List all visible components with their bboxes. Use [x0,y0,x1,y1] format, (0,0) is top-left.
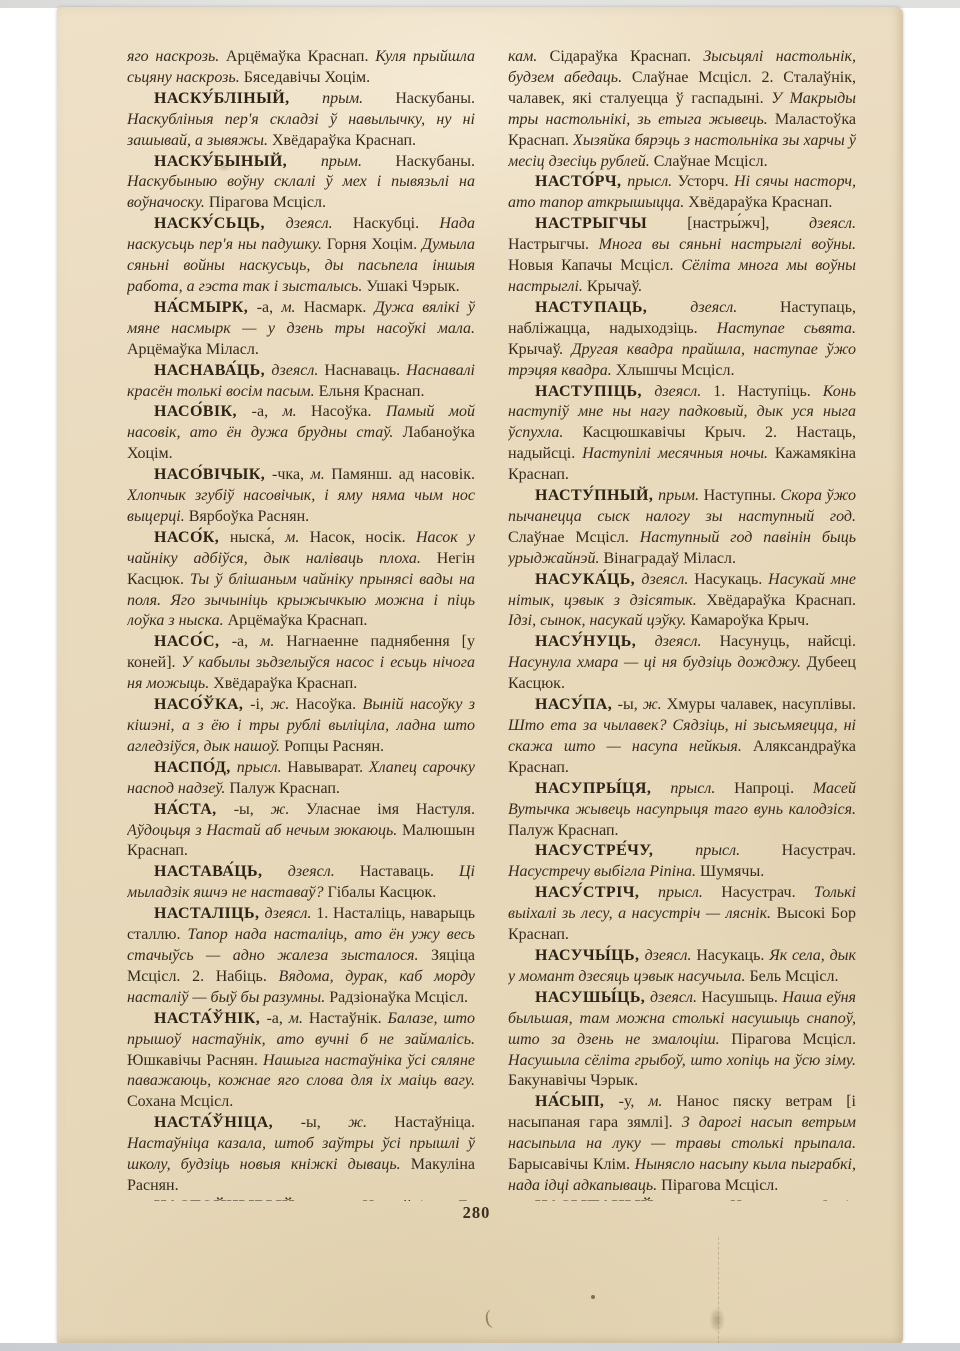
entry-italic-text: м. [289,1010,309,1027]
entry-text: Насоўка. [296,696,363,713]
dictionary-entry: НА́СМЫРК, -а, м. Насмарк. Дужа вялікі ў … [127,298,475,361]
entry-text: Юшкавічы Раснян. [127,1052,263,1069]
entry-italic-text: прым. [321,153,395,170]
dictionary-entry: НАСО́ВІЧЫК, -чка, м. Памянш. ад насовік.… [127,465,475,528]
dictionary-entry: НАСУЧЫ́ЦЬ, дзеясл. Насукаць. Як села, ды… [508,946,856,988]
entry-italic-text: дзеясл. [654,383,713,400]
headword: НАСТАЛІЦЬ, [154,905,265,922]
scan-edge-bottom [0,1343,960,1351]
headword: НАСТУ́ПНЫЙ, [535,487,658,504]
entry-text: -ы, [301,1114,348,1131]
entry-text: -а, [252,403,283,420]
headword: НАСПО́Д, [154,759,237,776]
entry-text: Бакунавічы Чэрык. [508,1072,638,1089]
entry-text: Арцёмаўка Краснап. [226,48,375,65]
entry-text: Насушыць. [701,989,782,1006]
entry-italic-text: дзеясл. [690,299,780,316]
entry-italic-text: дзеясл. [265,905,317,922]
dictionary-entry: НА́СЫП, -у, м. Нанос пяску ветрам [і нас… [508,1092,856,1197]
entry-text: -у, [619,1093,649,1110]
headword: НАСО́С, [154,633,232,650]
entry-text: Наставаць. [360,863,459,880]
dictionary-entry: НАСУПРЫ́ЦЯ, прысл. Напроці. Масей Вутычк… [508,779,856,842]
entry-italic-text: ж. [270,801,306,818]
entry-italic-text: Насушыла сёліта грыбоў, што хопіць на ўс… [508,1052,856,1069]
entry-text: Хвёдараўка Краснап. [213,675,357,692]
headword: НАСЫПАНЫЙ, [535,1198,674,1201]
entry-italic-text: дзеясл. [288,863,360,880]
headword: НАСУ́ПА, [535,696,618,713]
entry-italic-text: м. [260,633,286,650]
entry-text: ныска́, [230,529,285,546]
entry-text: Наступны. [704,487,781,504]
entry-italic-text: дзеясл. [645,947,697,964]
entry-text: Хвёдараўка Краснап. [272,132,416,149]
entry-italic-text: ж. [348,1114,394,1131]
entry-text: Насунуць, найсці. [720,633,856,650]
entry-italic-text: м. [282,403,311,420]
entry-italic-text: Аўдоцьця з Настай аб нечым зюкаюць. [127,822,402,839]
dictionary-entry: НАСТАЛІЦЬ, дзеясл. 1. Насталіць, наварыц… [127,904,475,1009]
headword: НАСТАВА́ЦЬ, [154,863,288,880]
entry-text: Крычаў. [587,278,642,295]
entry-text: Насоўка. [311,403,386,420]
dictionary-entry: НАСКУ́БЫНЫЙ, прым. Наскубаны. Наскубыныю… [127,152,475,215]
entry-text: -ы, [234,801,271,818]
entry-text: Пірагова Мсцісл. [661,1177,778,1194]
entry-text: Насустрач. [721,884,814,901]
text-column-right: кам. Сідараўка Краснап. Зысьцялі настоль… [508,47,856,1201]
entry-italic-text: яго наскрозь. [127,48,226,65]
entry-text: Настаўніца. [394,1114,475,1131]
dictionary-entry: НАСТА́ЎНІЦА, -ы, ж. Настаўніца. Настаўні… [127,1113,475,1197]
ink-smudge [709,1307,725,1333]
entry-italic-text: прысл. [237,759,288,776]
entry-italic-text: Наступае сьвята. [717,320,856,337]
headword: НА́СМЫРК, [154,299,257,316]
entry-italic-text: ж. [270,696,295,713]
entry-text: Насукаць. [696,947,769,964]
entry-italic-text: прым. [311,1198,363,1201]
entry-text: -а, [257,299,282,316]
entry-text: Крычаў. [508,341,572,358]
headword: НАСНАВА́ЦЬ, [154,362,271,379]
entry-text: Насыпаны. [730,1198,821,1201]
dictionary-entry: НАСКУ́БЛІНЫЙ, прым. Наскубаны. Наскублін… [127,89,475,152]
entry-text: [настры́жч], [687,215,809,232]
entry-text: Насустрач. [782,842,856,859]
headword: НАСУПРЫ́ЦЯ, [535,780,670,797]
entry-text: Хмуры чалавек, насуплівы. [667,696,856,713]
entry-italic-text: прым. [658,487,704,504]
dictionary-entry: НАСТАВА́ЦЬ, дзеясл. Наставаць. Ці мыладз… [127,862,475,904]
dictionary-entry: НАСТА́ЎНІК, -а, м. Настаўнік. Балазе, шт… [127,1009,475,1114]
dictionary-entry: НАСУ́НУЦЬ, дзеясл. Насунуць, найсці. Нас… [508,632,856,695]
entry-text: Уласнае імя Настуля. [306,801,475,818]
entry-italic-text: м. [285,529,309,546]
headword: НАСТО́РЧ, [535,173,627,190]
dictionary-entry: НАСО́С, -а, м. Нагнаенне паднябення [у к… [127,632,475,695]
headword: НА́СЫП, [535,1093,619,1110]
dictionary-entry: НАСУСТРЕ́ЧУ, прысл. Насустрач. Насустреч… [508,841,856,883]
ink-smudge [217,162,231,172]
entry-text: Шумячы. [700,863,764,880]
entry-text: Настрыгчы. [508,236,599,253]
entry-italic-text: дзеясл. [286,215,353,232]
entry-text: Новыя Капачы Мсцісл. [508,257,681,274]
entry-italic-text: дзеясл. [271,362,324,379]
entry-text: Пірагова Мсцісл. [731,1031,856,1048]
entry-italic-text: прысл. [695,842,781,859]
entry-italic-text: Насустречу выбігла Ріпіна. [508,863,700,880]
entry-text: Слаўнае Мсцісл. [508,529,640,546]
dictionary-entry: НАСТУ́ПНЫЙ, прым. Наступны. Скора ўжо пы… [508,486,856,570]
headword: НАСО́ВІЧЫК, [154,466,272,483]
entry-text: Насок, носік. [310,529,416,546]
entry-text: Арцёмаўка Краснап. [228,612,368,629]
entry-text: -а, [232,633,260,650]
entry-italic-text: дзеясл. [641,571,694,588]
dictionary-entry: НАСУ́ПА, -ы, ж. Хмуры чалавек, насуплівы… [508,695,856,779]
entry-text: Ропцы Раснян. [284,738,384,755]
entry-text: Сохана Мсцісл. [127,1093,233,1110]
headword: НАСТОЙЧЫВЫЙ, [154,1198,311,1201]
dictionary-entry: НАСКУ́СЬЦЬ, дзеясл. Наскубці. Нада наску… [127,214,475,298]
entry-italic-text: ж. [643,696,667,713]
entry-text: Арцёмаўка Міласл. [127,341,259,358]
entry-italic-text: м. [281,299,303,316]
entry-italic-text: дзеясл. [809,215,856,232]
dictionary-entry: НАСТРЫГЧЫ [настры́жч], дзеясл. Настрыгчы… [508,214,856,298]
entry-text: Палуж Краснап. [508,822,619,839]
entry-text: Ельня Краснап. [319,383,425,400]
book-page: яго наскрозь. Арцёмаўка Краснап. Куля пр… [57,7,903,1344]
entry-text: Сідараўка Краснап. [550,48,704,65]
entry-italic-text: Ідзі, сынок, насукай цэўку. [508,612,690,629]
headword: НАСУ́СТРІЧ, [535,884,658,901]
dictionary-entry: НАСНАВА́ЦЬ, дзеясл. Наснаваць. Наснавалі… [127,361,475,403]
dictionary-entry: НАСУ́СТРІЧ, прысл. Насустрач. Толькі выі… [508,883,856,946]
headword: НАСУ́НУЦЬ, [535,633,655,650]
entry-text: Наснаваць. [324,362,406,379]
entry-italic-text: прысл. [627,173,677,190]
entry-text: -а, [266,1010,288,1027]
headword: НАСТУПАЦЬ, [535,299,690,316]
entry-italic-text: м. [311,466,332,483]
entry-text: Навыварат. [287,759,369,776]
dictionary-entry: НА́СТА, -ы, ж. Уласнае імя Настуля. Аўдо… [127,800,475,863]
entry-text: Горня Хоцім. [327,236,422,253]
text-column-left: яго наскрозь. Арцёмаўка Краснап. Куля пр… [127,47,475,1201]
entry-text: Пірагова Мсцісл. [209,194,326,211]
dictionary-entry: кам. Сідараўка Краснап. Зысьцялі настоль… [508,47,856,172]
headword: НАСУСТРЕ́ЧУ, [535,842,695,859]
headword: НАСТА́ЎНІК, [154,1010,266,1027]
entry-text: Настаўнік. [309,1010,388,1027]
dictionary-entry: НАСТУПІЦЬ, дзеясл. 1. Наступіць. Конь на… [508,382,856,487]
headword: НАСТРЫГЧЫ [535,215,687,232]
dictionary-entry: НАСТО́РЧ, прысл. Усторч. Ні сячы насторч… [508,172,856,214]
headword: НАСО́ЎКА, [154,696,250,713]
ink-dot [591,1295,595,1299]
headword: НАСО́ВІК, [154,403,252,420]
entry-text: Камароўка Крыч. [690,612,809,629]
entry-italic-text: кам. [508,48,550,65]
entry-italic-text: дзеясл. [650,989,701,1006]
dictionary-entry: НАСТОЙЧЫВЫЙ, прым. Настойлівы. Ен хлопіц… [127,1197,475,1201]
headword: НАСУШЫ́ЦЬ, [535,989,650,1006]
entry-text: Напроці. [734,780,813,797]
entry-italic-text: Насунула хмара — ці ня будзіць дожджу. [508,654,807,671]
headword: НАСКУ́БЛІНЫЙ, [154,90,322,107]
ink-mark: ( [483,1307,493,1331]
entry-text: Хвёдараўка Краснап. [688,194,832,211]
entry-text: -ы, [618,696,643,713]
entry-text: Бель Мсцісл. [749,968,838,985]
headword: НАСТА́ЎНІЦА, [154,1114,301,1131]
dictionary-entry: НАСУКА́ЦЬ, дзеясл. Насукаць. Насукай мне… [508,570,856,633]
headword: НАСУЧЫ́ЦЬ, [535,947,645,964]
entry-italic-text: прысл. [658,884,721,901]
entry-italic-text: м. [648,1093,676,1110]
entry-italic-text: прым. [674,1198,730,1201]
page-number: 280 [112,1203,841,1223]
dictionary-entry: НАСО́К, ныска́, м. Насок, носік. Насок у… [127,528,475,633]
headword: НАСТУПІЦЬ, [535,383,654,400]
entry-text: Памянш. ад насовік. [331,466,475,483]
entry-text: Насмарк. [304,299,375,316]
entry-italic-text: прым. [322,90,395,107]
dictionary-entry: НАСО́ЎКА, -і, ж. Насоўка. Выній насоўку … [127,695,475,758]
entry-text: Хлышчы Мсцісл. [616,362,735,379]
entry-italic-text: Многа вы сяньні настрыглі воўны. [599,236,856,253]
entry-text: Наскубаны. [395,153,475,170]
headword: НА́СТА, [154,801,234,818]
dictionary-entry: НАСПО́Д, прысл. Навыварат. Хлапец сарочк… [127,758,475,800]
entry-text: Настойлівы. [363,1198,458,1201]
entry-text: Радзіонаўка Мсцісл. [329,989,468,1006]
entry-italic-text: Наступілі месячныя ночы. [582,445,775,462]
entry-text: Бяседавічы Хоцім. [244,69,370,86]
text-block: яго наскрозь. Арцёмаўка Краснап. Куля пр… [57,7,903,1201]
entry-text: Гібалы Касцюк. [327,884,436,901]
headword: НАСУКА́ЦЬ, [535,571,641,588]
dictionary-entry: НАСТУПАЦЬ, дзеясл. Наступаць, набліжацца… [508,298,856,382]
entry-text: Хвёдараўка Краснап. [706,592,856,609]
entry-text: Насукаць. [694,571,768,588]
entry-text: Палуж Краснап. [229,780,340,797]
entry-text: 1. Наступіць. [713,383,822,400]
entry-text: Усторч. [678,173,734,190]
entry-text: Вінаградаў Міласл. [603,550,736,567]
entry-italic-text: дзеясл. [655,633,720,650]
dictionary-entry: НАСУШЫ́ЦЬ, дзеясл. Насушыць. Наша еўня б… [508,988,856,1093]
entry-text: -і, [250,696,270,713]
dictionary-entry: яго наскрозь. Арцёмаўка Краснап. Куля пр… [127,47,475,89]
headword: НАСКУ́СЬЦЬ, [154,215,286,232]
entry-text: Барысавічы Клім. [508,1156,635,1173]
entry-text: Наскубці. [353,215,440,232]
dictionary-entry: НАСЫПАНЫЙ, прым. Насыпаны. Засік насыпан… [508,1197,856,1201]
headword: НАСО́К, [154,529,230,546]
entry-text: Наскубаны. [395,90,475,107]
entry-text: Слаўнае Мсцісл. [654,153,768,170]
entry-text: Ушакі Чэрык. [366,278,459,295]
headword: НАСКУ́БЫНЫЙ, [154,153,321,170]
entry-text: -чка, [272,466,311,483]
dictionary-entry: НАСО́ВІК, -а, м. Насоўка. Памый мой насо… [127,402,475,465]
entry-text: Вярбоўка Раснян. [189,508,309,525]
entry-italic-text: прысл. [670,780,734,797]
